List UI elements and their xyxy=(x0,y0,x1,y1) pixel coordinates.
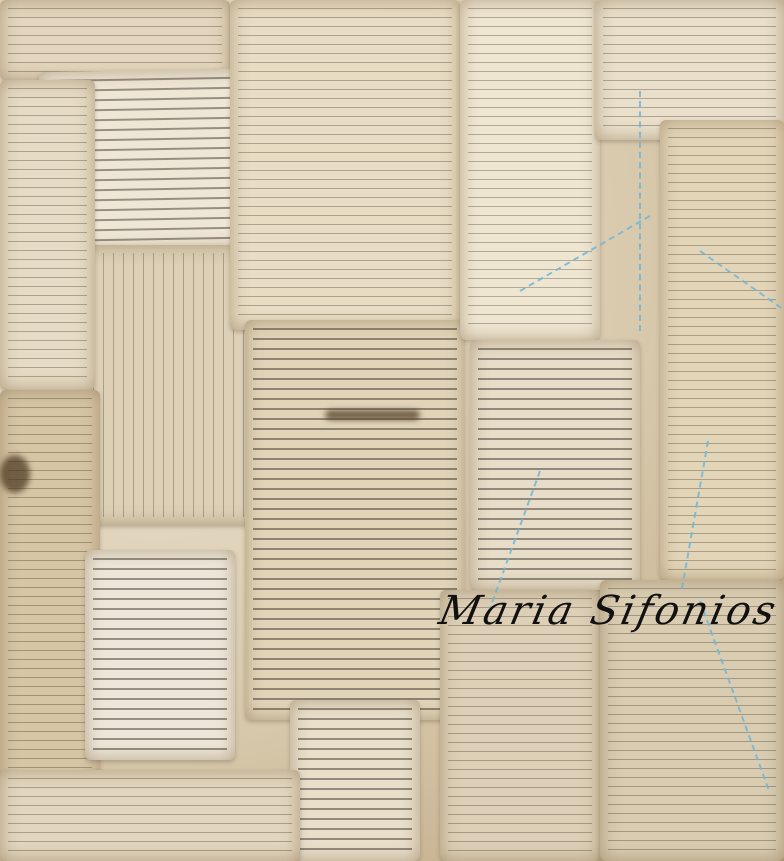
fabric-patch xyxy=(290,700,420,861)
ink-stain xyxy=(0,455,30,493)
fabric-patch xyxy=(0,0,230,80)
fabric-patch xyxy=(230,0,460,330)
fabric-patch xyxy=(0,770,300,861)
ink-smudge xyxy=(325,410,420,420)
artist-signature: Maria Sifonios xyxy=(435,588,782,634)
fabric-patch xyxy=(595,0,784,140)
fabric-patch xyxy=(85,550,235,760)
artwork-canvas: Maria Sifonios xyxy=(0,0,784,861)
fabric-patch xyxy=(660,120,784,580)
fabric-patch xyxy=(0,80,95,390)
fabric-patch xyxy=(460,0,600,340)
fabric-patch xyxy=(470,340,640,590)
blue-stitch xyxy=(639,91,641,331)
fabric-patch xyxy=(245,320,465,720)
